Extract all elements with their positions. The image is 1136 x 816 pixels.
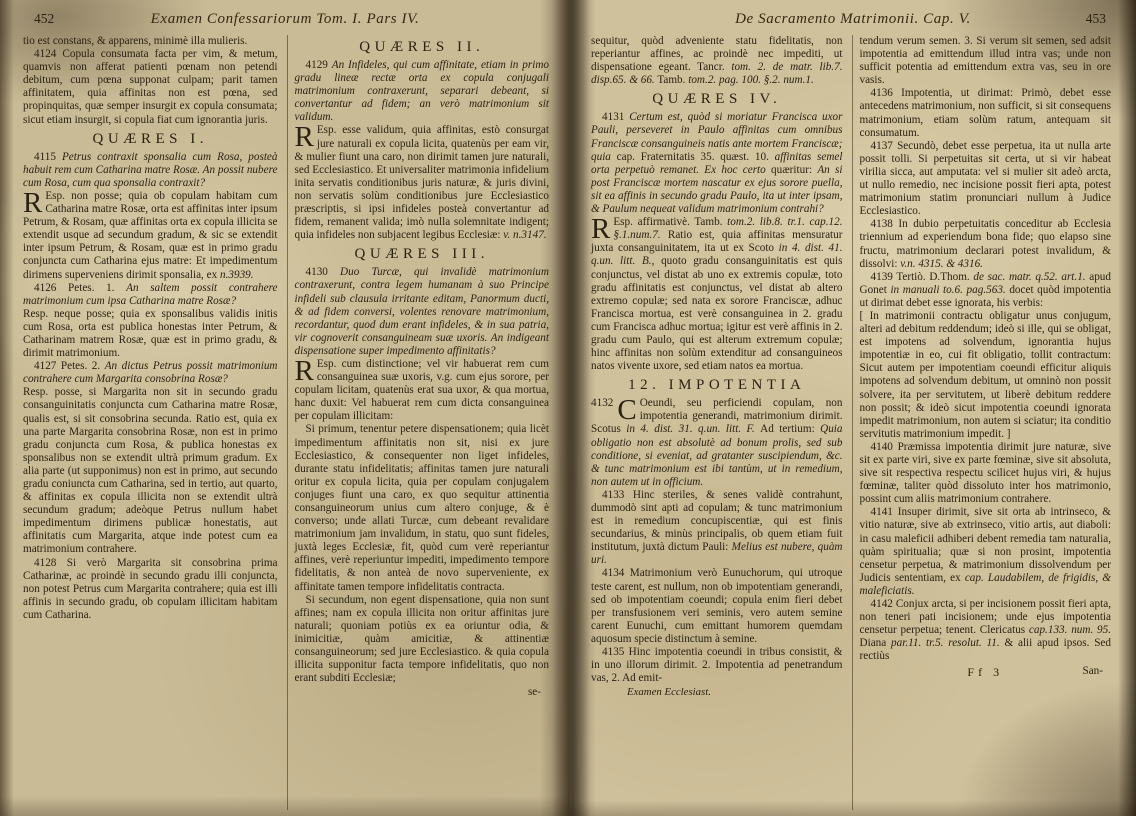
text-run: se-: [528, 686, 541, 698]
text-run: tendum verum semen. 3. Si verum sit seme…: [860, 35, 1112, 86]
paragraph: 4138 In dubio perpetuitatis conceditur a…: [860, 218, 1112, 270]
paragraph: tio est constans, & apparens, minimè ill…: [23, 35, 278, 48]
paragraph: 4128 Si verò Margarita sit consobrina pr…: [23, 557, 278, 622]
left-page-column-2: QUÆRES II.4129 An Infideles, qui cum aff…: [287, 35, 559, 810]
drop-cap: R: [295, 358, 317, 383]
text-run: QUÆRES III.: [355, 246, 490, 262]
paragraph: 4132COeundi, seu perficiendi copulam, no…: [591, 397, 843, 489]
text-run: [ In matrimonii contractu obligatur unus…: [860, 310, 1112, 440]
italic-text-run: par.11. tr.5. resolut. 11.: [891, 637, 1004, 649]
left-page-column-1: tio est constans, & apparens, minimè ill…: [16, 35, 287, 810]
text-run: Resp. neque posse; quia ex sponsalibus v…: [23, 308, 278, 359]
drop-cap: R: [591, 216, 613, 241]
italic-text-run: v. n.3147.: [503, 229, 546, 241]
paragraph: 4135 Hinc impotentia coeundi in tribus c…: [591, 646, 843, 685]
text-run: Examen Ecclesiast.: [627, 686, 711, 698]
paragraph: 4129 An Infideles, qui cum affinitate, e…: [295, 59, 550, 124]
italic-text-run: tom.2. pag. 100. §.2. num.1.: [688, 74, 814, 86]
text-run: Tamb.: [655, 74, 689, 86]
text-run: Esp. cum distinctione; vel vir habuerat …: [295, 358, 550, 422]
right-page-column-2: tendum verum semen. 3. Si verum sit seme…: [852, 35, 1121, 810]
text-run: QUÆRES IV.: [652, 91, 781, 107]
drop-cap: R: [23, 190, 45, 215]
text-run: Si secundum, non egent dispensatione, qu…: [295, 594, 550, 685]
text-run: 4131: [602, 111, 629, 123]
text-run: Resp. posse, si Margarita non sit in sec…: [23, 386, 278, 555]
paragraph: Resp. neque posse; quia ex sponsalibus v…: [23, 308, 278, 360]
left-page-columns: tio est constans, & apparens, minimè ill…: [0, 32, 570, 810]
italic-text-run: An Infideles, qui cum affinitate, etiam …: [295, 59, 550, 123]
text-run: 4115: [34, 151, 62, 163]
paragraph: 4140 Præmissa impotentia dirimit jure na…: [860, 441, 1112, 506]
section-heading: QUÆRES IV.: [591, 91, 843, 108]
text-run: QUÆRES II.: [359, 39, 484, 55]
text-run: Ad tertium:: [760, 423, 820, 435]
text-run: , quoto gradu consanguinitatis est quis …: [591, 255, 843, 372]
paragraph: 4137 Secundò, debet esse perpetua, ita u…: [860, 140, 1112, 219]
text-run: tio est constans, & apparens, minimè ill…: [23, 35, 247, 47]
text-run: 4129: [306, 59, 332, 71]
section-heading: 12. IMPOTENTIA: [591, 377, 843, 394]
italic-text-run: cap.133. num. 95.: [1029, 624, 1111, 636]
right-page: De Sacramento Matrimonii. Cap. V. 453 se…: [570, 0, 1136, 816]
paragraph: REsp. cum distinctione; vel vir habuerat…: [295, 358, 550, 423]
italic-text-run: Petrus contraxit sponsalia cum Rosa, pos…: [23, 151, 278, 189]
left-page-number: 452: [34, 11, 54, 27]
gathering-mark: Ff 3: [967, 665, 1003, 680]
book-spread: 452 Examen Confessariorum Tom. I. Pars I…: [0, 0, 1136, 816]
paragraph: Resp. posse, si Margarita non sit in sec…: [23, 386, 278, 556]
paragraph: 4136 Impotentia, ut dirimat: Primò, debe…: [860, 87, 1112, 139]
paragraph: REsp. non posse; quia ob copulam habitam…: [23, 190, 278, 282]
text-run: 4139 Tertiò. D.Thom.: [871, 271, 974, 283]
text-run: cap. Fraternitatis 35. quæst. 10.: [617, 151, 775, 163]
section-heading: QUÆRES III.: [295, 246, 550, 263]
text-run: Esp. esse validum, quia affinitas, estò …: [295, 124, 550, 241]
right-page-column-1: sequitur, quòd adveniente statu fidelita…: [584, 35, 852, 810]
italic-text-run: v.n. 4315. & 4316.: [900, 258, 983, 270]
signature-line: Ff 3San-: [860, 665, 1112, 679]
paragraph: Si secundum, non egent dispensatione, qu…: [295, 594, 550, 686]
paragraph: REsp. esse validum, quia affinitas, estò…: [295, 124, 550, 242]
paragraph: 4142 Conjux arcta, si per incisionem pos…: [860, 598, 1112, 663]
paragraph: 4141 Insuper dirimit, sive sit orta ab i…: [860, 506, 1112, 598]
right-page-header: De Sacramento Matrimonii. Cap. V. 453: [570, 0, 1136, 32]
text-run: Esp. non posse; quia ob copulam habitam …: [23, 190, 278, 281]
paragraph-number: 4132: [591, 397, 613, 410]
paragraph: 4134 Matrimonium verò Eunuchorum, qui ut…: [591, 567, 843, 646]
catchword: San-: [1082, 665, 1103, 677]
text-run: 4134 Matrimonium verò Eunuchorum, qui ut…: [591, 567, 843, 644]
catchword: se-: [295, 686, 550, 698]
right-page-columns: sequitur, quòd adveniente statu fidelita…: [570, 32, 1136, 810]
italic-text-run: de sac. matr. q.52. art.1.: [973, 271, 1089, 283]
text-run: 4130: [306, 266, 341, 278]
text-run: 4128 Si verò Margarita sit consobrina pr…: [23, 557, 278, 621]
text-run: Diana: [860, 637, 892, 649]
text-run: 4137 Secundò, debet esse perpetua, ita u…: [860, 140, 1112, 217]
text-run: 4138 In dubio perpetuitatis conceditur a…: [860, 218, 1112, 269]
text-run: quæritur:: [771, 164, 817, 176]
text-run: 4127 Petes. 2.: [34, 360, 105, 372]
left-page-header: 452 Examen Confessariorum Tom. I. Pars I…: [0, 0, 570, 32]
paragraph: 4139 Tertiò. D.Thom. de sac. matr. q.52.…: [860, 271, 1112, 310]
drop-cap: C: [617, 397, 639, 422]
drop-cap: R: [295, 124, 317, 149]
paragraph: [ In matrimonii contractu obligatur unus…: [860, 310, 1112, 441]
left-page: 452 Examen Confessariorum Tom. I. Pars I…: [0, 0, 570, 816]
printer-signature: Examen Ecclesiast.: [627, 686, 843, 698]
text-run: Esp. affirmativè. Tamb.: [613, 216, 727, 228]
text-run: Si primum, tenentur petere dispensatione…: [295, 423, 550, 592]
text-run: 4136 Impotentia, ut dirimat: Primò, debe…: [860, 87, 1112, 138]
italic-text-run: n.3939.: [220, 269, 254, 281]
paragraph: 4133 Hinc steriles, & senes validè contr…: [591, 489, 843, 568]
paragraph: 4115 Petrus contraxit sponsalia cum Rosa…: [23, 151, 278, 190]
right-page-number: 453: [1086, 11, 1106, 27]
text-run: 4140 Præmissa impotentia dirimit jure na…: [860, 441, 1112, 505]
section-heading: QUÆRES II.: [295, 39, 550, 56]
text-run: 4124 Copula consumata facta per vim, & m…: [23, 48, 278, 125]
paragraph: 4131 Certum est, quòd si moriatur Franci…: [591, 111, 843, 216]
italic-text-run: in manuali to.6. pag.563.: [890, 284, 1009, 296]
paragraph: Si primum, tenentur petere dispensatione…: [295, 423, 550, 593]
italic-text-run: in 4. dist. 31. q.un. litt. F.: [626, 423, 760, 435]
paragraph: 4127 Petes. 2. An dictus Petrus possit m…: [23, 360, 278, 386]
section-heading: QUÆRES I.: [23, 131, 278, 148]
paragraph: 4130 Duo Turcæ, qui invalidè matrimonium…: [295, 266, 550, 358]
right-running-title: De Sacramento Matrimonii. Cap. V.: [570, 11, 1136, 28]
paragraph: sequitur, quòd adveniente statu fidelita…: [591, 35, 843, 87]
text-run: 12. IMPOTENTIA: [628, 377, 805, 393]
paragraph: 4126 Petes. 1. An saltem possit contrahe…: [23, 282, 278, 308]
text-run: 4126 Petes. 1.: [34, 282, 126, 294]
paragraph: tendum verum semen. 3. Si verum sit seme…: [860, 35, 1112, 87]
text-run: 4135 Hinc impotentia coeundi in tribus c…: [591, 646, 843, 684]
text-run: QUÆRES I.: [92, 131, 208, 147]
italic-text-run: Duo Turcæ, qui invalidè matrimonium cont…: [295, 266, 550, 357]
paragraph: 4124 Copula consumata facta per vim, & m…: [23, 48, 278, 127]
paragraph: REsp. affirmativè. Tamb. tom.2. lib.8. t…: [591, 216, 843, 373]
left-running-title: Examen Confessariorum Tom. I. Pars IV.: [0, 11, 570, 28]
